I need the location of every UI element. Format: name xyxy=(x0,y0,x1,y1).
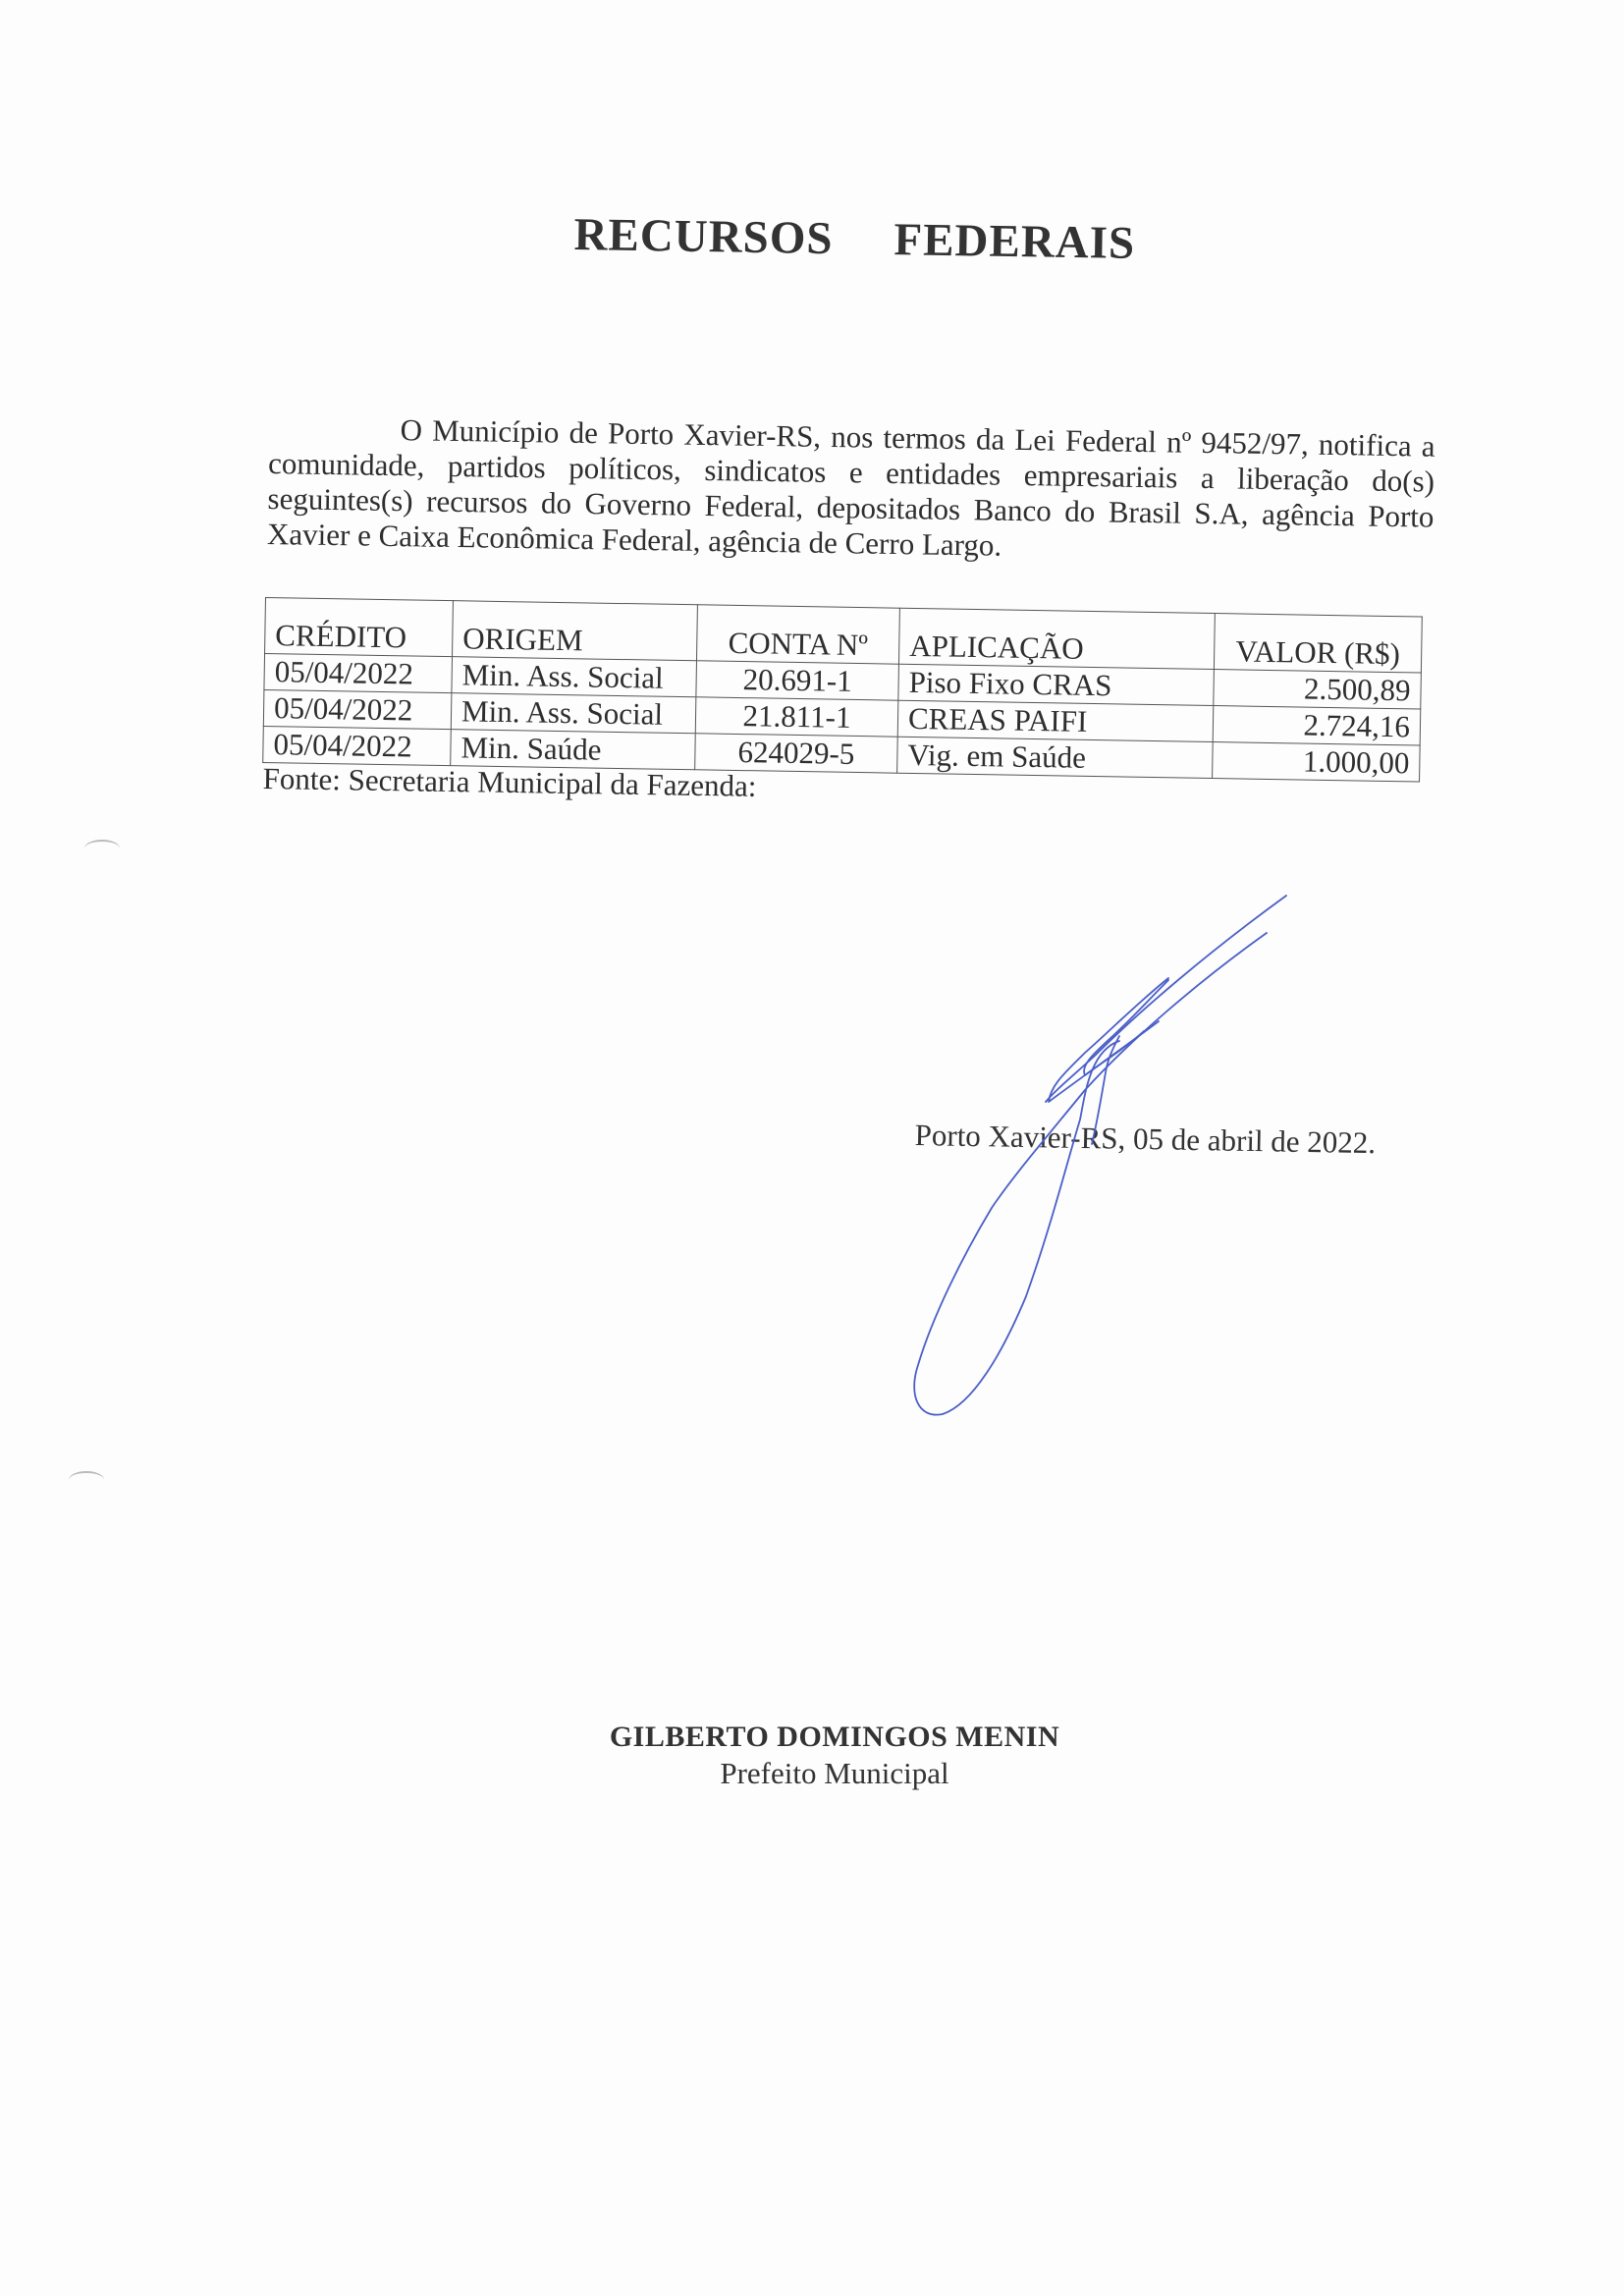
cell-aplicacao: Vig. em Saúde xyxy=(897,737,1214,778)
resources-table: CRÉDITO ORIGEM CONTA Nº APLICAÇÃO VALOR … xyxy=(262,597,1423,783)
handwritten-signature xyxy=(884,884,1434,1473)
table-source-note: Fonte: Secretaria Municipal da Fazenda: xyxy=(262,761,756,804)
header-aplicacao: APLICAÇÃO xyxy=(898,608,1215,669)
cell-credito: 05/04/2022 xyxy=(263,726,452,765)
paragraph-indent xyxy=(269,438,401,440)
cell-valor: 2.724,16 xyxy=(1213,706,1421,745)
header-conta: CONTA Nº xyxy=(696,605,899,664)
cell-conta: 624029-5 xyxy=(695,734,898,773)
cell-credito: 05/04/2022 xyxy=(263,689,452,729)
header-valor: VALOR (R$) xyxy=(1214,614,1422,673)
scan-artifact xyxy=(84,840,120,857)
header-origem: ORIGEM xyxy=(453,601,698,661)
header-credito: CRÉDITO xyxy=(265,598,454,657)
notice-text: O Município de Porto Xavier-RS, nos term… xyxy=(267,412,1435,563)
title-word-1: RECURSOS xyxy=(573,209,834,264)
cell-aplicacao: Piso Fixo CRAS xyxy=(898,664,1215,705)
signer-name: GILBERTO DOMINGOS MENIN xyxy=(550,1721,1119,1754)
cell-aplicacao: CREAS PAIFI xyxy=(897,700,1214,741)
signer-role: Prefeito Municipal xyxy=(550,1756,1119,1791)
resources-table-wrapper: CRÉDITO ORIGEM CONTA Nº APLICAÇÃO VALOR … xyxy=(262,597,1423,783)
cell-origem: Min. Ass. Social xyxy=(452,657,697,697)
cell-valor: 2.500,89 xyxy=(1214,670,1422,709)
cell-credito: 05/04/2022 xyxy=(264,654,453,693)
cell-conta: 21.811-1 xyxy=(695,697,898,737)
cell-origem: Min. Ass. Social xyxy=(451,693,696,734)
cell-valor: 1.000,00 xyxy=(1213,742,1421,782)
scan-artifact xyxy=(69,1471,104,1489)
document-page: RECURSOSFEDERAIS O Município de Porto Xa… xyxy=(0,0,1624,2296)
place-and-date: Porto Xavier-RS, 05 de abril de 2022. xyxy=(914,1118,1376,1161)
page-title: RECURSOSFEDERAIS xyxy=(573,208,1164,270)
title-word-2: FEDERAIS xyxy=(893,214,1135,269)
signer-block: GILBERTO DOMINGOS MENIN Prefeito Municip… xyxy=(550,1721,1119,1791)
notice-paragraph: O Município de Porto Xavier-RS, nos term… xyxy=(267,410,1435,571)
cell-conta: 20.691-1 xyxy=(696,661,899,700)
